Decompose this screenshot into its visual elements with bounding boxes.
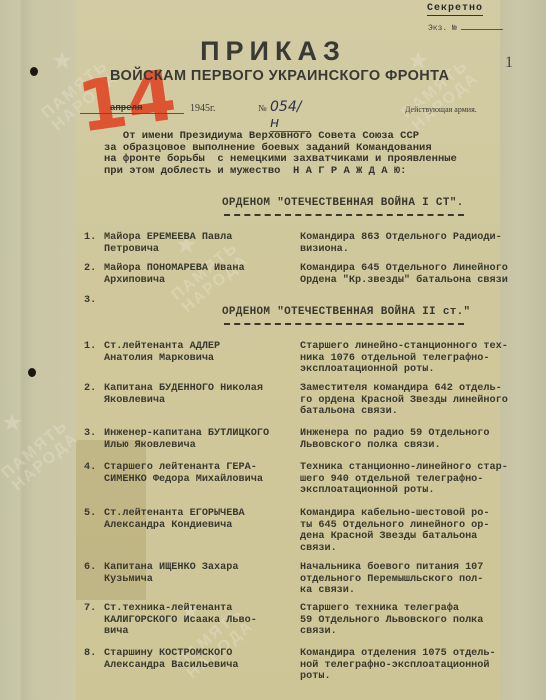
punch-hole: [28, 368, 36, 377]
location-label: Действующая армия.: [405, 105, 477, 114]
order-number: 054/н: [270, 99, 310, 132]
date-month: апреля: [110, 103, 142, 113]
copy-number: Экз. №: [428, 24, 503, 33]
date-year: 1945г.: [190, 103, 215, 114]
document-subtitle: ВОЙСКАМ ПЕРВОГО УКРАИНСКОГО ФРОНТА: [110, 68, 449, 84]
divider: [224, 214, 464, 216]
section-heading: ОРДЕНОМ "ОТЕЧЕСТВЕННАЯ ВОЙНА II ст.": [222, 306, 470, 318]
classification-label: Секретно: [427, 3, 483, 16]
document-title: ПРИКАЗ: [0, 36, 546, 67]
preamble-text: От имени Президиума Верховного Совета Со…: [104, 131, 484, 177]
watermark-star-icon: ★: [2, 400, 22, 442]
section-heading: ОРДЕНОМ "ОТЕЧЕСТВЕННАЯ ВОЙНА I СТ".: [222, 197, 464, 209]
divider: [224, 323, 464, 325]
order-number-label: №: [258, 103, 267, 113]
punch-hole: [30, 67, 38, 76]
